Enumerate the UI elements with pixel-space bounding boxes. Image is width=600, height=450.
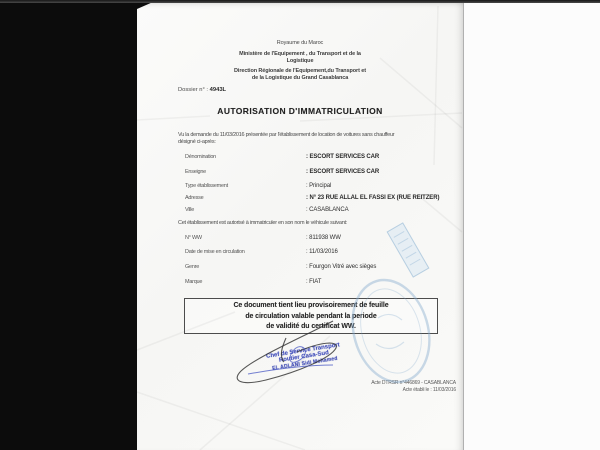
document-paper: Royaume du Maroc Ministère de l'Equipeme… (137, 2, 463, 450)
header-direction: Direction Régionale de l'Equipement,du T… (137, 68, 463, 81)
field-value: : ESCORT SERVICES CAR (306, 169, 379, 175)
intro-paragraph: Vu la demande du 11/03/2016 présentée pa… (178, 132, 456, 146)
dossier-number-line: Dossier n° : 4943L (178, 87, 226, 93)
act-date-label: Acte établi le : (403, 387, 432, 393)
field-row-numero-ww: N° WW : 811938 WW (185, 235, 455, 241)
field-value: : Principal (306, 183, 331, 189)
field-label: Enseigne (185, 169, 206, 175)
field-row-date-circulation: Date de mise en circulation : 11/03/2016 (185, 249, 455, 255)
field-label: Adresse (185, 195, 203, 201)
notice-line2: de circulation valable pendant la period… (185, 312, 437, 323)
field-value: : N° 23 RUE ALLAL EL FASSI EX (RUE REITZ… (306, 195, 439, 201)
field-row-enseigne: Enseigne : ESCORT SERVICES CAR (185, 169, 455, 175)
field-row-ville: Ville : CASABLANCA (185, 207, 455, 213)
document-title: AUTORISATION D'IMMATRICULATION (137, 106, 463, 116)
authorization-sentence: Cet établissement est autorisé à immatri… (178, 220, 347, 226)
field-value: : ESCORT SERVICES CAR (306, 154, 379, 160)
field-row-type-etablissement: Type établissement : Principal (185, 183, 455, 189)
field-value: : 11/03/2016 (306, 249, 338, 255)
field-row-adresse: Adresse : N° 23 RUE ALLAL EL FASSI EX (R… (185, 195, 455, 201)
field-row-denomination: Dénomination : ESCORT SERVICES CAR (185, 154, 455, 160)
header-ministry-line2: Logistique (137, 58, 463, 65)
dossier-number: 4943L (210, 87, 226, 93)
field-row-marque: Marque : FIAT (185, 279, 455, 285)
field-label: Ville (185, 207, 194, 213)
field-label: Dénomination (185, 154, 216, 160)
field-label: Date de mise en circulation (185, 249, 245, 255)
paper-corner-fold (137, 2, 153, 9)
scanned-page: Royaume du Maroc Ministère de l'Equipeme… (0, 0, 600, 450)
act-date: 11/03/2016 (433, 387, 456, 393)
field-row-genre: Genre : Fourgon Vitré avec sièges (185, 264, 455, 270)
intro-line2: désigné ci-après: (178, 139, 456, 146)
scanner-background-panel (463, 0, 600, 450)
field-label: Marque (185, 279, 202, 285)
field-value: : CASABLANCA (306, 207, 348, 213)
header-ministry: Ministère de l'Equipement , du Transport… (137, 51, 463, 64)
field-label: Type établissement (185, 183, 228, 189)
act-reference: Acte DTRSR n°446869 - CASABLANCA (371, 380, 456, 387)
field-value: : FIAT (306, 279, 321, 285)
notice-line1: Ce document tient lieu provisoirement de… (185, 301, 437, 312)
act-date-line: Acte établi le : 11/03/2016 (371, 387, 456, 394)
field-value: : 811938 WW (306, 235, 341, 241)
scanner-edge-top (0, 0, 600, 3)
header-direction-line2: de la Logistique du Grand Casablanca (137, 75, 463, 82)
header-country: Royaume du Maroc (137, 40, 463, 46)
act-reference-block: Acte DTRSR n°446869 - CASABLANCA Acte ét… (371, 380, 456, 394)
field-label: N° WW (185, 235, 202, 241)
field-value: : Fourgon Vitré avec sièges (306, 264, 376, 270)
field-label: Genre (185, 264, 199, 270)
provisional-notice-box: Ce document tient lieu provisoirement de… (184, 298, 438, 334)
dossier-label: Dossier n° : (178, 87, 208, 93)
official-ink-stamp: Chef de Service Transport Routier Casa-S… (228, 336, 379, 378)
notice-line3: de validité du certificat WW. (185, 322, 437, 333)
intro-line1: Vu la demande du 11/03/2016 présentée pa… (178, 132, 456, 139)
